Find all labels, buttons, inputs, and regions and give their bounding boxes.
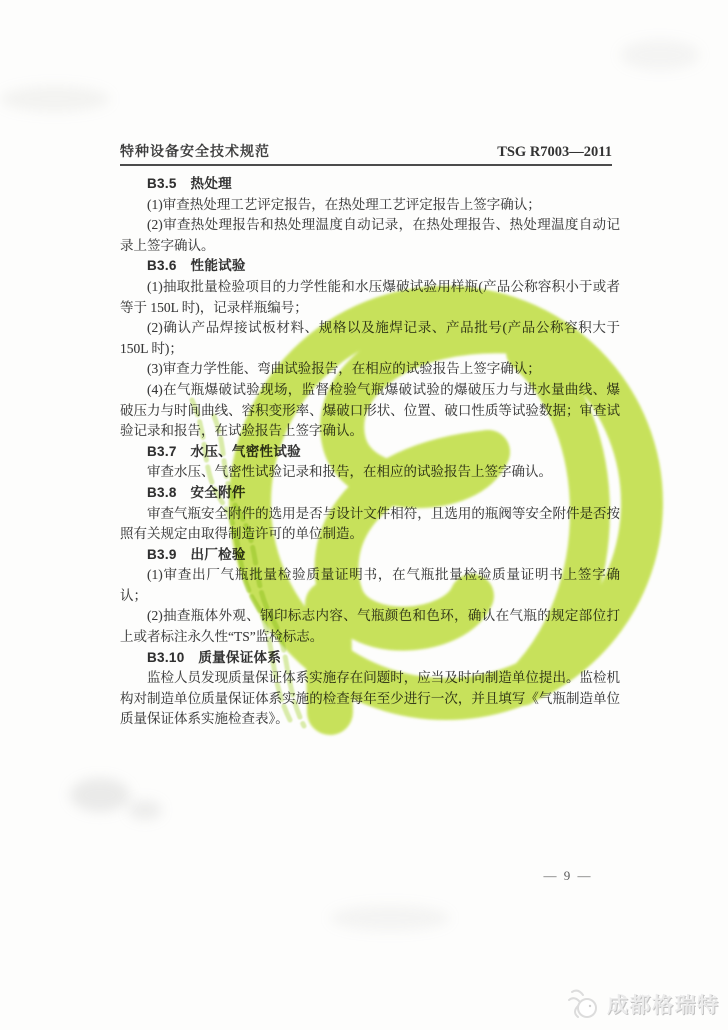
paragraph: 监检人员发现质量保证体系实施存在问题时，应当及时向制造单位提出。监检机构对制造单… [120,668,620,730]
section-heading: B3.10 质量保证体系 [120,648,620,669]
section-heading: B3.6 性能试验 [120,256,620,277]
section-heading: B3.5 热处理 [120,174,620,195]
bird-logo-icon [566,986,600,1022]
paragraph: (2)抽查瓶体外观、钢印标志内容、气瓶颜色和色环，确认在气瓶的规定部位打上或者标… [120,606,620,647]
header-rule [120,164,612,166]
paragraph: 审查气瓶安全附件的选用是否与设计文件相符，且选用的瓶阀等安全附件是否按照有关规定… [120,504,620,545]
page-header: 特种设备安全技术规范 TSG R7003—2011 [120,141,612,161]
section-heading: B3.7 水压、气密性试验 [120,442,620,463]
paragraph: (3)审查力学性能、弯曲试验报告，在相应的试验报告上签字确认； [120,359,620,380]
paragraph: (2)确认产品焊接试板材料、规格以及施焊记录、产品批号(产品公称容积大于 150… [120,318,620,359]
section-heading: B3.9 出厂检验 [120,545,620,566]
paragraph: (4)在气瓶爆破试验现场，监督检验气瓶爆破试验的爆破压力与进水量曲线、爆破压力与… [120,380,620,442]
paragraph: 审查水压、气密性试验记录和报告，在相应的试验报告上签字确认。 [120,462,620,483]
page-number: — 9 — [528,868,608,884]
brand-name: 成都格瑞特 [607,989,720,1019]
document-body: B3.5 热处理 (1)审查热处理工艺评定报告，在热处理工艺评定报告上签字确认；… [120,174,620,730]
document-title: 特种设备安全技术规范 [120,141,270,161]
scan-smudge [70,778,130,812]
scan-smudge [128,800,162,820]
paragraph: (1)抽取批量检验项目的力学性能和水压爆破试验用样瓶(产品公称容积小于或者等于 … [120,277,620,318]
section-heading: B3.8 安全附件 [120,483,620,504]
paragraph: (1)审查出厂气瓶批量检验质量证明书，在气瓶批量检验质量证明书上签字确认； [120,565,620,606]
scan-smudge [620,40,700,70]
paragraph: (1)审查热处理工艺评定报告，在热处理工艺评定报告上签字确认； [120,195,620,216]
scan-smudge [330,905,450,931]
scanned-document-page: 特种设备安全技术规范 TSG R7003—2011 B3.5 热处理 (1)审查… [0,0,728,1030]
brand-watermark: 成都格瑞特 [566,982,720,1026]
paragraph: (2)审查热处理报告和热处理温度自动记录，在热处理报告、热处理温度自动记录上签字… [120,215,620,256]
scan-smudge [0,86,110,112]
document-code: TSG R7003—2011 [497,144,612,161]
